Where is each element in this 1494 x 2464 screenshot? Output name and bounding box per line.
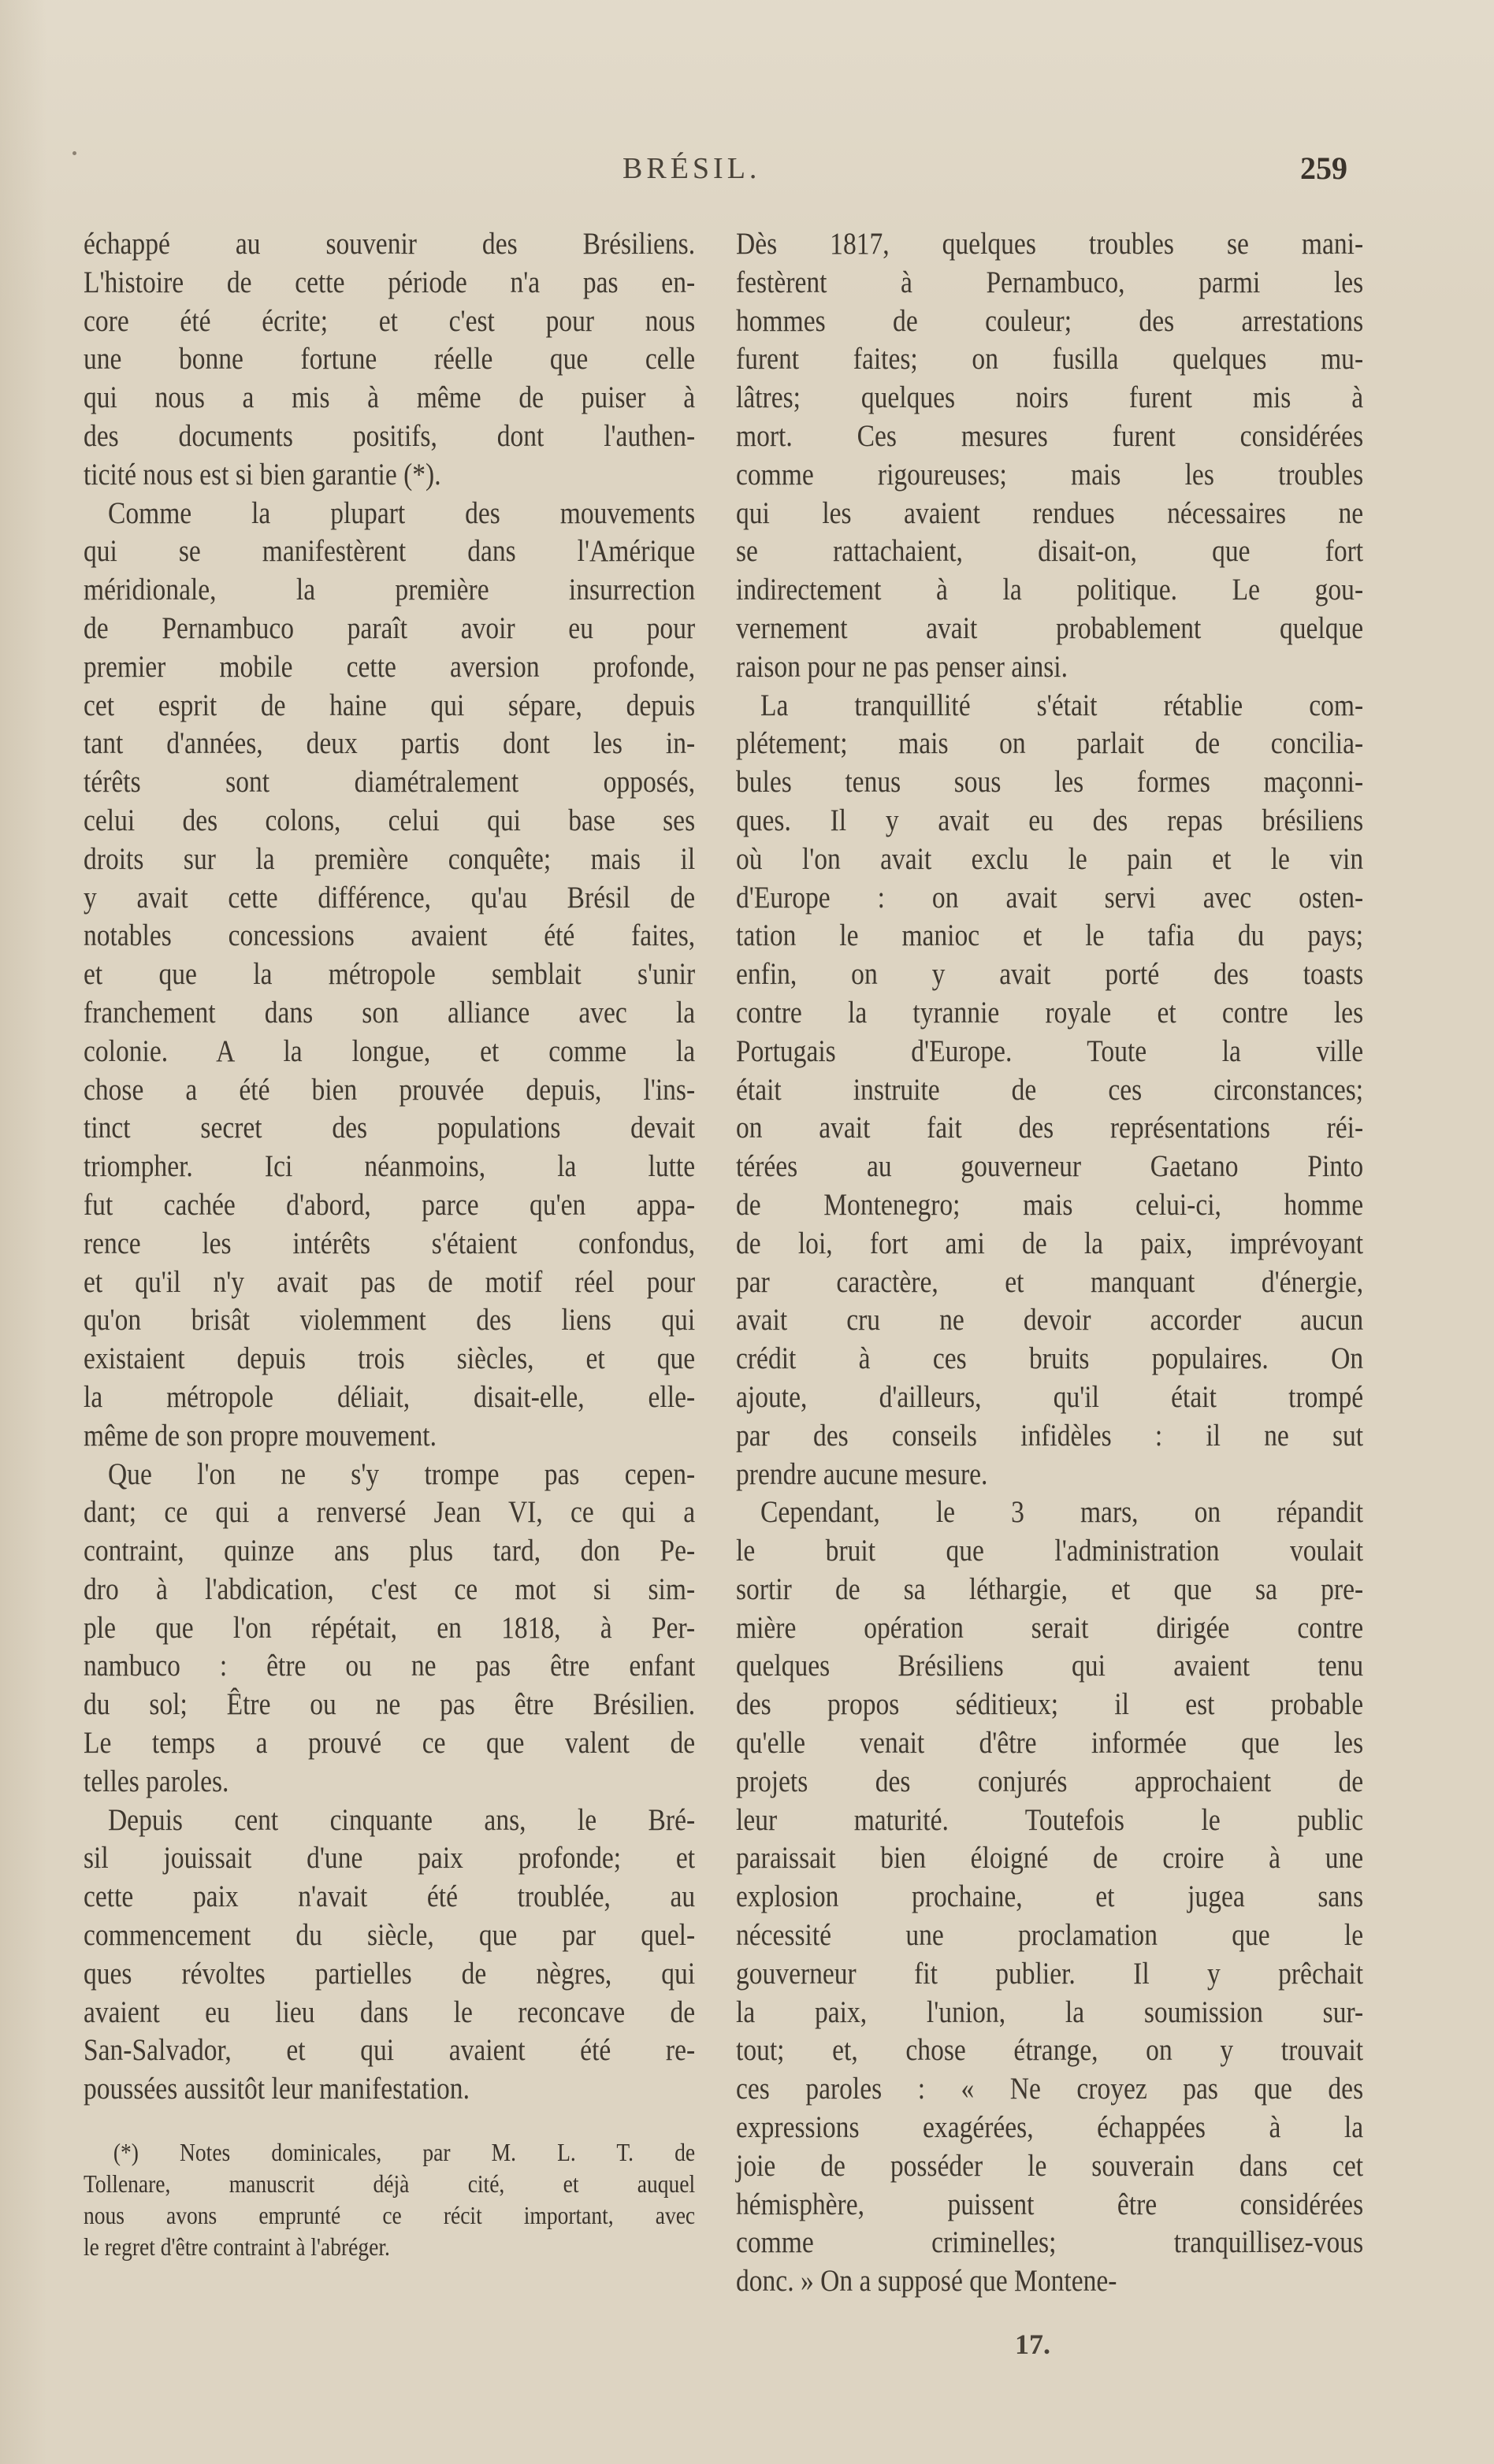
text-line: térêts sont diamétralement opposés,: [84, 763, 695, 802]
text-line: térées au gouverneur Gaetano Pinto: [736, 1148, 1363, 1186]
text-line: Depuis cent cinquante ans, le Bré-: [84, 1802, 695, 1840]
text-line: joie de posséder le souverain dans cet: [736, 2147, 1363, 2186]
text-line: commencement du siècle, que par quel-: [84, 1917, 695, 1955]
text-line: L'histoire de cette période n'a pas en-: [84, 264, 695, 302]
text-line: hémisphère, puissent être considérées: [736, 2186, 1363, 2225]
running-head: BRÉSIL. 259: [0, 151, 1494, 191]
page-number: 259: [1300, 150, 1347, 187]
text-line: core été écrite; et c'est pour nous: [84, 302, 695, 341]
text-line: telles paroles.: [84, 1763, 695, 1802]
text-line: prendre aucune mesure.: [736, 1456, 1363, 1494]
text-line: Comme la plupart des mouvements: [84, 495, 695, 533]
text-line: et que la métropole semblait s'unir: [84, 956, 695, 994]
text-line: où l'on avait exclu le pain et le vin: [736, 841, 1363, 879]
text-line: sortir de sa léthargie, et que sa pre-: [736, 1571, 1363, 1609]
text-line: de Montenegro; mais celui-ci, homme: [736, 1186, 1363, 1225]
text-line: avaient eu lieu dans le reconcave de: [84, 1994, 695, 2032]
left-column: échappé au souvenir des Brésiliens.L'his…: [84, 225, 695, 2109]
text-line: par des conseils infidèles : il ne sut: [736, 1417, 1363, 1456]
text-line: notables concessions avaient été faites,: [84, 917, 695, 956]
text-line: celui des colons, celui qui base ses: [84, 802, 695, 841]
text-line: fut cachée d'abord, parce qu'en appa-: [84, 1186, 695, 1225]
text-line: ticité nous est si bien garantie (*).: [84, 456, 695, 495]
text-line: nécessité une proclamation que le: [736, 1917, 1363, 1955]
text-line: poussées aussitôt leur manifestation.: [84, 2070, 695, 2109]
text-line: échappé au souvenir des Brésiliens.: [84, 225, 695, 264]
text-line: qui se manifestèrent dans l'Amérique: [84, 533, 695, 571]
text-line: comme criminelles; tranquillisez-vous: [736, 2224, 1363, 2262]
text-line: colonie. A la longue, et comme la: [84, 1033, 695, 1071]
text-line: tout; et, chose étrange, on y trouvait: [736, 2032, 1363, 2070]
text-line: quelques Brésiliens qui avaient tenu: [736, 1647, 1363, 1686]
text-line: le bruit que l'administration voulait: [736, 1532, 1363, 1571]
signature-mark: 17.: [1015, 2328, 1050, 2361]
text-line: Cependant, le 3 mars, on répandit: [736, 1494, 1363, 1532]
text-line: la métropole déliait, disait-elle, elle-: [84, 1379, 695, 1417]
text-line: des propos séditieux; il est probable: [736, 1686, 1363, 1724]
text-line: par caractère, et manquant d'énergie,: [736, 1264, 1363, 1302]
text-line: expressions exagérées, échappées à la: [736, 2109, 1363, 2147]
text-line: du sol; Être ou ne pas être Brésilien.: [84, 1686, 695, 1724]
text-line: bules tenus sous les formes maçonni-: [736, 763, 1363, 802]
text-line: de Pernambuco paraît avoir eu pour: [84, 610, 695, 648]
text-line: chose a été bien prouvée depuis, l'ins-: [84, 1071, 695, 1110]
text-line: de loi, fort ami de la paix, imprévoyant: [736, 1225, 1363, 1264]
text-line: cette paix n'avait été troublée, au: [84, 1878, 695, 1917]
text-line: droits sur la première conquête; mais il: [84, 841, 695, 879]
footnote-line: le regret d'être contraint à l'abréger.: [84, 2231, 695, 2262]
text-line: donc. » On a supposé que Montene-: [736, 2262, 1363, 2301]
text-line: premier mobile cette aversion profonde,: [84, 648, 695, 687]
text-line: gouverneur fit publier. Il y prêchait: [736, 1955, 1363, 1994]
text-line: plétement; mais on parlait de concilia-: [736, 725, 1363, 763]
footnote-line: nous avons emprunté ce récit important, …: [84, 2199, 695, 2231]
text-line: vernement avait probablement quelque: [736, 610, 1363, 648]
text-line: franchement dans son alliance avec la: [84, 994, 695, 1033]
text-line: tant d'années, deux partis dont les in-: [84, 725, 695, 763]
text-line: d'Europe : on avait servi avec osten-: [736, 879, 1363, 918]
text-line: projets des conjurés approchaient de: [736, 1763, 1363, 1802]
text-line: sil jouissait d'une paix profonde; et: [84, 1839, 695, 1878]
text-line: qui nous a mis à même de puiser à: [84, 379, 695, 417]
footnote-line: (*) Notes dominicales, par M. L. T. de: [84, 2136, 695, 2168]
text-line: méridionale, la première insurrection: [84, 571, 695, 610]
text-line: nambuco : être ou ne pas être enfant: [84, 1647, 695, 1686]
text-line: on avait fait des représentations réi-: [736, 1109, 1363, 1148]
text-line: mière opération serait dirigée contre: [736, 1609, 1363, 1648]
text-line: et qu'il n'y avait pas de motif réel pou…: [84, 1264, 695, 1302]
text-line: leur maturité. Toutefois le public: [736, 1802, 1363, 1840]
footnote: (*) Notes dominicales, par M. L. T. deTo…: [84, 2136, 695, 2262]
text-line: y avait cette différence, qu'au Brésil d…: [84, 879, 695, 918]
text-line: Portugais d'Europe. Toute la ville: [736, 1033, 1363, 1071]
text-line: raison pour ne pas penser ainsi.: [736, 648, 1363, 687]
text-line: paraissait bien éloigné de croire à une: [736, 1839, 1363, 1878]
text-line: furent faites; on fusilla quelques mu-: [736, 340, 1363, 379]
text-line: avait cru ne devoir accorder aucun: [736, 1301, 1363, 1340]
text-line: explosion prochaine, et jugea sans: [736, 1878, 1363, 1917]
text-line: crédit à ces bruits populaires. On: [736, 1340, 1363, 1379]
text-line: ques révoltes partielles de nègres, qui: [84, 1955, 695, 1994]
text-line: comme rigoureuses; mais les troubles: [736, 456, 1363, 495]
text-line: cet esprit de haine qui sépare, depuis: [84, 687, 695, 725]
text-line: ces paroles : « Ne croyez pas que des: [736, 2070, 1363, 2109]
text-line: contraint, quinze ans plus tard, don Pe-: [84, 1532, 695, 1571]
text-line: dro à l'abdication, c'est ce mot si sim-: [84, 1571, 695, 1609]
text-line: qu'on brisât violemment des liens qui: [84, 1301, 695, 1340]
text-line: San-Salvador, et qui avaient été re-: [84, 2032, 695, 2070]
text-line: la paix, l'union, la soumission sur-: [736, 1994, 1363, 2032]
text-line: rence les intérêts s'étaient confondus,: [84, 1225, 695, 1264]
text-line: tinct secret des populations devait: [84, 1109, 695, 1148]
running-title: BRÉSIL.: [622, 151, 760, 186]
text-line: enfin, on y avait porté des toasts: [736, 956, 1363, 994]
text-line: Le temps a prouvé ce que valent de: [84, 1724, 695, 1763]
text-line: se rattachaient, disait-on, que fort: [736, 533, 1363, 571]
text-line: Dès 1817, quelques troubles se mani-: [736, 225, 1363, 264]
text-line: une bonne fortune réelle que celle: [84, 340, 695, 379]
footnote-line: Tollenare, manuscrit déjà cité, et auque…: [84, 2168, 695, 2199]
text-line: dant; ce qui a renversé Jean VI, ce qui …: [84, 1494, 695, 1532]
text-line: ques. Il y avait eu des repas brésiliens: [736, 802, 1363, 841]
text-line: ple que l'on répétait, en 1818, à Per-: [84, 1609, 695, 1648]
right-column: Dès 1817, quelques troubles se mani-fest…: [736, 225, 1363, 2301]
text-line: contre la tyrannie royale et contre les: [736, 994, 1363, 1033]
text-line: La tranquillité s'était rétablie com-: [736, 687, 1363, 725]
text-line: Que l'on ne s'y trompe pas cepen-: [84, 1456, 695, 1494]
text-line: triompher. Ici néanmoins, la lutte: [84, 1148, 695, 1186]
text-line: existaient depuis trois siècles, et que: [84, 1340, 695, 1379]
text-line: était instruite de ces circonstances;: [736, 1071, 1363, 1110]
text-line: même de son propre mouvement.: [84, 1417, 695, 1456]
text-line: ajoute, d'ailleurs, qu'il était trompé: [736, 1379, 1363, 1417]
text-line: des documents positifs, dont l'authen-: [84, 417, 695, 456]
text-line: mort. Ces mesures furent considérées: [736, 417, 1363, 456]
text-line: festèrent à Pernambuco, parmi les: [736, 264, 1363, 302]
text-line: qu'elle venait d'être informée que les: [736, 1724, 1363, 1763]
text-line: lâtres; quelques noirs furent mis à: [736, 379, 1363, 417]
text-line: hommes de couleur; des arrestations: [736, 302, 1363, 341]
text-line: indirectement à la politique. Le gou-: [736, 571, 1363, 610]
text-line: tation le manioc et le tafia du pays;: [736, 917, 1363, 956]
text-line: qui les avaient rendues nécessaires ne: [736, 495, 1363, 533]
